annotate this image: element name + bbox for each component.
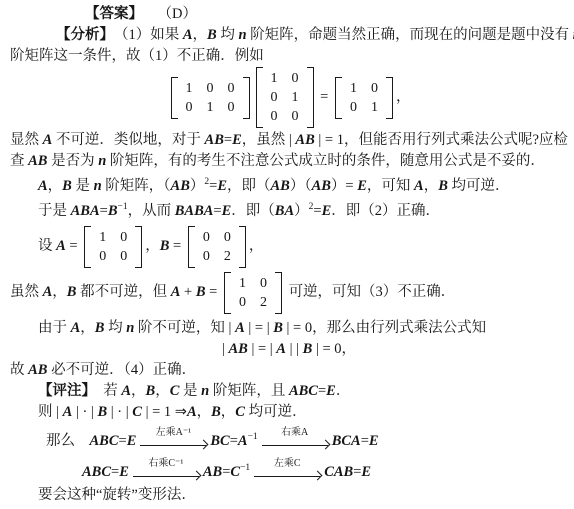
matrix-cell: 0 [203, 228, 210, 247]
matrix-cell: 1 [186, 79, 193, 98]
math-symbol: AB [203, 462, 222, 483]
math-symbol: B [62, 178, 72, 194]
matrix-a_plus_b: 1002 [224, 272, 282, 314]
math-symbol: BABA [175, 203, 214, 219]
text-run: ， [221, 404, 236, 420]
right-bracket [135, 226, 142, 268]
math-symbol: C [170, 383, 180, 399]
text-run: ， [155, 383, 170, 399]
text-run: = [213, 203, 221, 219]
text-run: | = 1，但能否用行列式乘法公式呢?应检 [315, 132, 568, 148]
matrix-cell: 0 [271, 107, 278, 126]
text-run: ，从而 [128, 203, 175, 219]
text-run: 那么 [46, 431, 90, 452]
math-symbol: B [108, 203, 118, 219]
math-symbol: C [235, 404, 245, 420]
text-run: ，即（ [227, 178, 271, 194]
right-bracket [386, 77, 393, 119]
math-symbol: E [322, 203, 332, 219]
text-run: 若 [89, 383, 122, 399]
math-symbol: A [171, 282, 181, 303]
statement-3-line: 虽然 A，B 都不可逆，但 A + B = 1002 可逆，可知（3）不正确． [10, 272, 568, 314]
text-run: 可逆，可知（3）不正确． [285, 282, 455, 303]
math-symbol: A [187, 404, 197, 420]
text-run: ， [249, 236, 264, 257]
matrix-cell: 0 [260, 274, 267, 293]
math-symbol: A [183, 27, 193, 43]
matrix-cell: 0 [207, 79, 214, 98]
matrix-cell: 1 [292, 88, 299, 107]
text-run: 阶矩阵，有的考生不注意公式成立时的条件，随意用公式是不妥的． [106, 153, 545, 169]
text-run: 要会这种“旋转”变形法． [38, 487, 196, 503]
right-bracket [239, 226, 246, 268]
math-symbol: A [56, 236, 66, 257]
matrix-cell: 2 [260, 293, 267, 312]
matrix-cell: 0 [99, 247, 106, 266]
text-run: = [100, 203, 108, 219]
math-symbol: A [71, 320, 81, 336]
math-symbol: B [196, 282, 206, 303]
math-symbol: AB [295, 132, 314, 148]
text-run: + [180, 282, 195, 303]
determinant-product-formula: | AB | = | A | | B | = 0， [10, 339, 568, 360]
right-bracket [307, 67, 314, 128]
text-run: 故 [10, 362, 28, 378]
text-run: ， [52, 282, 67, 303]
text-run: 阶矩阵，（ [102, 178, 171, 194]
text-run: ）= [331, 178, 357, 194]
document-page: 【答案】 （D）【分析】 （1）如果 A，B 均 n 阶矩阵，命题当然正确，而现… [0, 0, 574, 509]
invertibility-para-line-2: 查 AB 是否为 n 阶矩阵，有的考生不注意公式成立时的条件，随意用公式是不妥的… [10, 151, 568, 172]
math-symbol: B [146, 383, 156, 399]
matrix-cells: 1001 [342, 77, 386, 119]
text-run: = [224, 132, 232, 148]
text-run: ） [294, 203, 309, 219]
math-symbol: E [127, 431, 137, 452]
text-run: = [222, 462, 230, 483]
text-run: 均 [104, 320, 126, 336]
statement-4-line-1: 由于 A，B 均 n 阶不可逆，知 | A | = | B | = 0，那么由行… [10, 318, 568, 339]
invertibility-para-line-1: 显然 A 不可逆．类似地，对于 AB=E，虽然 | AB | = 1，但能否用行… [10, 130, 568, 151]
math-symbol: B [438, 178, 448, 194]
matrix-cell: 0 [271, 88, 278, 107]
math-symbol: B [211, 404, 221, 420]
text-run: 是否为 [47, 153, 98, 169]
arrow-right-icon [140, 439, 206, 446]
math-symbol: AB [28, 362, 47, 378]
arrow-label: 左乘A⁻¹ [156, 427, 192, 439]
text-run: 【答案】 [85, 6, 136, 22]
math-symbol: E [222, 203, 232, 219]
right-bracket [275, 272, 282, 314]
matrix-cells: 0002 [195, 226, 239, 268]
text-run: ， [131, 383, 146, 399]
text-run: | = | [248, 341, 276, 357]
math-symbol: ABA [71, 203, 100, 219]
text-run: = [317, 87, 332, 108]
matrix-cell: 1 [350, 79, 357, 98]
math-symbol: AB [28, 153, 47, 169]
math-symbol: ABC [289, 383, 318, 399]
math-symbol: E [357, 178, 367, 194]
text-run: = [111, 462, 119, 483]
arrow-right-icon [262, 439, 328, 446]
math-symbol: B [207, 27, 217, 43]
math-symbol: E [217, 178, 227, 194]
arrow-right-icon [133, 470, 199, 477]
labeled-arrow: 左乘A⁻¹ [140, 427, 206, 446]
math-symbol: n [238, 27, 246, 43]
matrix-cell: 1 [99, 228, 106, 247]
document-body: 【答案】 （D）【分析】 （1）如果 A，B 均 n 阶矩阵，命题当然正确，而现… [10, 4, 568, 506]
statement-2-line-2: 于是 ABA=B−1，从而 BABA=E．即（BA）2=E．即（2）正确． [10, 197, 568, 222]
math-symbol: CAB [324, 462, 353, 483]
matrix-example_mid: 100100 [256, 67, 314, 128]
matrix-example_left: 100010 [171, 77, 250, 119]
closing-line: 要会这种“旋转”变形法． [10, 485, 568, 506]
math-symbol: B [97, 404, 107, 420]
text-run: 阶矩阵，且 [209, 383, 289, 399]
math-symbol: A [235, 320, 245, 336]
text-run: 由于 [38, 320, 71, 336]
text-run: | · | [72, 404, 97, 420]
math-symbol: n [201, 383, 209, 399]
text-run: | = | [245, 320, 273, 336]
answer-line: 【答案】 （D） [10, 4, 568, 25]
arrow-label: 左乘C [274, 458, 301, 470]
math-symbol: B [273, 320, 283, 336]
text-run: ． [336, 383, 351, 399]
math-symbol: ABC [90, 431, 119, 452]
text-run: | = 0，那么由行列式乘法公式知 [283, 320, 486, 336]
math-symbol: A [276, 341, 286, 357]
math-symbol: AB [228, 341, 247, 357]
statement-4-conclusion: 故 AB 必不可逆．（4）正确． [10, 360, 568, 381]
math-symbol: E [326, 383, 336, 399]
matrix-cell: 0 [371, 79, 378, 98]
arrow-label: 右乘A [281, 427, 308, 439]
math-symbol: BC [210, 431, 229, 452]
math-symbol: A [121, 383, 131, 399]
text-run: | = 0， [312, 341, 356, 357]
matrix-cells: 1002 [231, 272, 275, 314]
matrix-cell: 0 [239, 293, 246, 312]
text-run: ．即（2）正确． [331, 203, 440, 219]
left-bracket [188, 226, 195, 268]
matrix-b: 0002 [188, 226, 246, 268]
math-symbol: BA [275, 203, 294, 219]
math-symbol: A [63, 404, 73, 420]
math-symbol: C [132, 404, 142, 420]
labeled-arrow: 右乘C⁻¹ [133, 458, 199, 477]
text-run: 均可逆． [245, 404, 307, 420]
text-run: 查 [10, 153, 28, 169]
right-bracket [243, 77, 250, 119]
math-symbol: E [369, 431, 379, 452]
left-bracket [335, 77, 342, 119]
matrix-cell: 0 [350, 98, 357, 117]
matrix-cell: 1 [271, 69, 278, 88]
math-symbol: A [43, 132, 53, 148]
text-run: （D） [136, 6, 197, 22]
matrix-cell: 0 [228, 79, 235, 98]
math-symbol: AB [171, 178, 190, 194]
text-run: 是 [179, 383, 201, 399]
text-run: ， [197, 404, 212, 420]
math-symbol: ABC [82, 462, 111, 483]
text-run: | | [286, 341, 303, 357]
matrix-cell: 0 [292, 69, 299, 88]
matrix-example_right: 1001 [335, 77, 393, 119]
text-run: ） [190, 178, 205, 194]
math-symbol: E [361, 462, 371, 483]
text-run: = [206, 282, 221, 303]
text-run: ．即（ [231, 203, 275, 219]
matrix-cell: 0 [224, 228, 231, 247]
left-bracket [256, 67, 263, 128]
text-run: = [361, 431, 369, 452]
arrow-right-icon [254, 470, 320, 477]
analysis-line-2: 阶矩阵这一条件，故（1）不正确．例如 [10, 46, 568, 67]
matrix-cell: 0 [292, 107, 299, 126]
text-run: 均 [217, 27, 239, 43]
math-symbol: A [38, 178, 48, 194]
matrix-cell: 0 [120, 247, 127, 266]
text-run: 设 [38, 236, 56, 257]
math-symbol: BCA [332, 431, 361, 452]
text-run: 不可逆．类似地，对于 [52, 132, 204, 148]
superscript: −1 [240, 458, 250, 479]
matrix-cell: 0 [120, 228, 127, 247]
remark-line-1: 【评注】 若 A，B，C 是 n 阶矩阵，且 ABC=E． [10, 381, 568, 402]
superscript: −1 [248, 427, 258, 448]
text-run: ， [145, 236, 160, 257]
text-run: | · | [107, 404, 132, 420]
left-bracket [171, 77, 178, 119]
math-symbol: B [303, 341, 313, 357]
matrix-equation-example: 100010100100 = 1001， [10, 67, 568, 128]
math-symbol: AB [205, 132, 224, 148]
rotation-chain-1: 那么 ABC=E左乘A⁻¹BC=A−1右乘ABCA=E [10, 431, 568, 452]
text-run: 阶不可逆，知 | [134, 320, 235, 336]
arrow-label: 右乘C⁻¹ [148, 458, 183, 470]
remark-line-2: 则 | A | · | B | · | C | = 1 ⇒A，B，C 均可逆． [10, 402, 568, 423]
superscript: −1 [118, 202, 128, 212]
left-bracket [84, 226, 91, 268]
text-run: = [66, 236, 81, 257]
matrix-a: 1000 [84, 226, 142, 268]
define-ab-matrices: 设 A = 1000，B = 0002， [10, 226, 568, 268]
math-symbol: C [230, 462, 240, 483]
math-symbol: AB [312, 178, 331, 194]
text-run: ，可知 [367, 178, 414, 194]
math-symbol: E [119, 462, 129, 483]
matrix-cell: 1 [207, 98, 214, 117]
text-run: 阶矩阵这一条件，故（1）不正确．例如 [10, 48, 264, 64]
text-run: ， [80, 320, 95, 336]
matrix-cell: 0 [186, 98, 193, 117]
text-run: 虽然 [10, 282, 43, 303]
text-run: ， [396, 87, 411, 108]
text-run: = [313, 203, 321, 219]
text-run: = [230, 431, 238, 452]
analysis-line-1: 【分析】 （1）如果 A，B 均 n 阶矩阵，命题当然正确，而现在的问题是题中没… [10, 25, 568, 46]
matrix-cell: 0 [203, 247, 210, 266]
text-run: ， [424, 178, 439, 194]
text-run: ）（ [290, 178, 312, 194]
text-run: 显然 [10, 132, 43, 148]
math-symbol: B [67, 282, 77, 303]
labeled-arrow: 右乘A [262, 427, 328, 446]
math-symbol: A [43, 282, 53, 303]
text-run: （1）如果 [107, 27, 183, 43]
matrix-cell: 0 [228, 98, 235, 117]
text-run: 是 [72, 178, 94, 194]
text-run: 【分析】 [56, 27, 107, 43]
math-symbol: A [414, 178, 424, 194]
text-run: ， [48, 178, 63, 194]
text-run: 【评注】 [38, 383, 89, 399]
matrix-cells: 100100 [263, 67, 307, 128]
statement-2-line-1: A，B 是 n 阶矩阵，（AB）2=E，即（AB）（AB）= E，可知 A，B … [10, 172, 568, 197]
matrix-cell: 1 [239, 274, 246, 293]
matrix-cells: 100010 [178, 77, 243, 119]
text-run: 必不可逆．（4）正确． [47, 362, 196, 378]
math-symbol: A [238, 431, 248, 452]
matrix-cell: 1 [371, 98, 378, 117]
math-symbol: B [160, 236, 170, 257]
text-run: 阶矩阵，命题当然正确，而现在的问题是题中没有 [247, 27, 573, 43]
text-run: = [169, 236, 184, 257]
text-run: | = 1 [142, 404, 175, 420]
math-symbol: AB [271, 178, 290, 194]
math-symbol: n [94, 178, 102, 194]
text-run: 则 | [38, 404, 63, 420]
text-run: 均可逆． [448, 178, 510, 194]
text-run: = [318, 383, 326, 399]
text-run: ， [193, 27, 208, 43]
text-run: 于是 [38, 203, 71, 219]
text-run: ⇒ [175, 404, 187, 420]
left-bracket [224, 272, 231, 314]
matrix-cell: 2 [224, 247, 231, 266]
text-run: 都不可逆，但 [76, 282, 170, 303]
math-symbol: E [232, 132, 242, 148]
rotation-chain-2: ABC=E右乘C⁻¹AB=C−1左乘CCAB=E [10, 462, 568, 483]
matrix-cells: 1000 [91, 226, 135, 268]
labeled-arrow: 左乘C [254, 458, 320, 477]
text-run: = [119, 431, 127, 452]
text-run: ，虽然 | [242, 132, 296, 148]
